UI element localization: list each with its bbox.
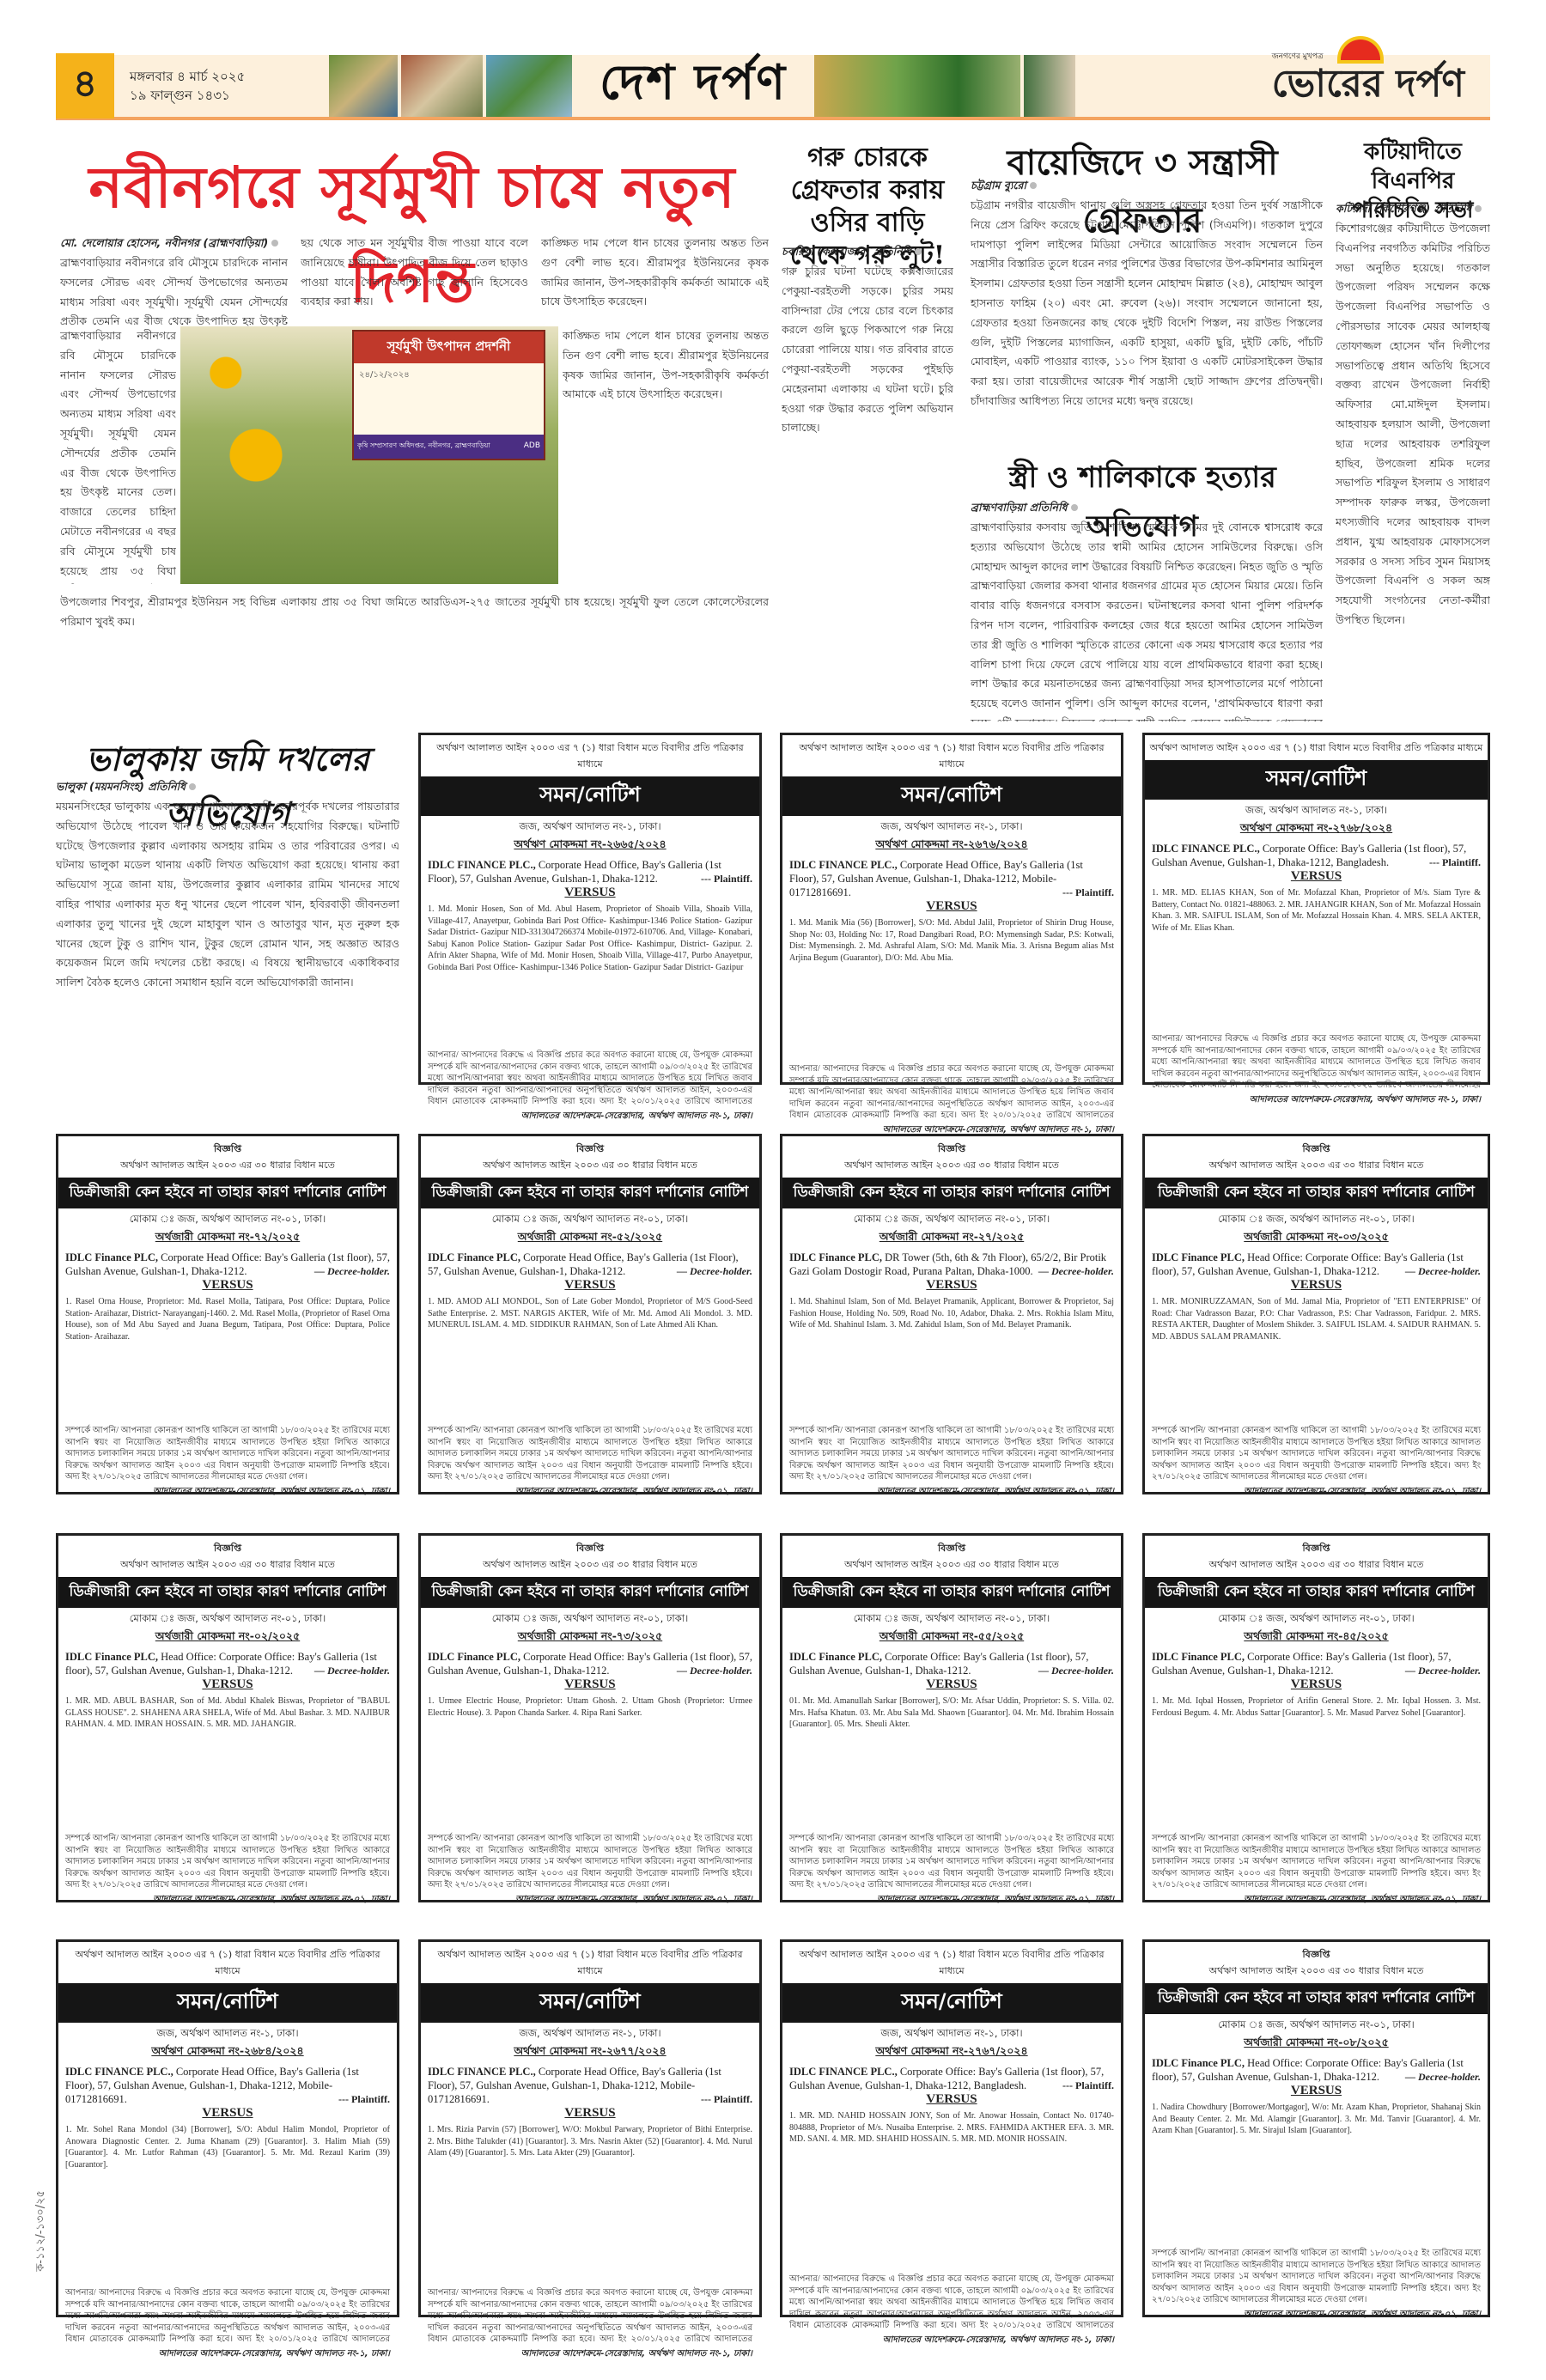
- lead-col3b: কাঙ্ক্ষিত দাম পেলে ধান চাষের তুলনায় অন্…: [563, 326, 769, 584]
- notice-pre-header: অর্থঋণ আদালত আইন ২০০৩ এর ৭ (১) ধারা বিধা…: [782, 735, 1121, 776]
- notice-defendants: 1. Md. Monir Hosen, Son of Md. Abul Hase…: [421, 900, 759, 1046]
- notice-body: আপনার/ আপনাদের বিরুদ্ধে এ বিজ্ঞপ্তি প্রচ…: [1145, 1030, 1488, 1090]
- notice-label: বিজ্ঞপ্তি: [782, 1536, 1121, 1557]
- notice-summons: অর্থঋণ আদালত আইন ২০০৩ এর ৭ (১) ধারা বিধা…: [780, 733, 1123, 1085]
- plaintiff-name: IDLC Finance PLC,: [65, 1251, 158, 1263]
- notice-sign-off: আদালতের আদেশক্রমে-সেরেস্তাদার, অর্থঋণ আদ…: [421, 2344, 759, 2367]
- banner-photo: [486, 55, 572, 117]
- notice-plaintiff: IDLC Finance PLC, DR Tower (5th, 6th & 7…: [782, 1251, 1121, 1278]
- bhaluka-body: ময়মনসিংহের ভালুকায় এক অসহায় পরিবারের …: [56, 797, 399, 1089]
- notice-case-number: অর্থজারী মোকদ্দমা নং-০৩/২০২৫: [1145, 1228, 1488, 1251]
- plaintiff-name: IDLC Finance PLC,: [1152, 1251, 1245, 1263]
- notice-body: সম্পর্কে আপনি/ আপনারা কোনরূপ আপত্তি থাকি…: [421, 1829, 759, 1890]
- murder-byline: ব্রাহ্মণবাড়িয়া প্রতিনিধি: [971, 501, 1068, 514]
- notice-pre-header: অর্থঋণ আদালত আইন ২০০৩ এর ৭ (১) ধারা বিধা…: [58, 1942, 397, 1983]
- notice-plaintiff: IDLC Finance PLC, Head Office: Corporate…: [1145, 2056, 1488, 2084]
- notice-versus: VERSUS: [782, 1278, 1121, 1293]
- notice-title: ডিক্রীজারী কেন হইবে না তাহার কারণ দর্শান…: [1145, 1983, 1488, 2014]
- notice-title: ডিক্রীজারী কেন হইবে না তাহার কারণ দর্শান…: [782, 1577, 1121, 1608]
- notice-case-number: অর্থঋণ মোকদ্দমা নং-২৬৭৭/২০২৪: [421, 2042, 759, 2065]
- notice-case-number: অর্থজারী মোকদ্দমা নং-৪৫/২০২৫: [1145, 1628, 1488, 1650]
- sun-icon: [1341, 40, 1380, 60]
- notice-defendants: 1. MR. MONIRUZZAMAN, Son of Md. Jamal Mi…: [1145, 1293, 1488, 1421]
- notice-defendants: 1. Urmee Electric House, Proprietor: Utt…: [421, 1692, 759, 1829]
- cow-body: গরু চুরির ঘটনা ঘটেছে কক্সবাজারের পেকুয়া…: [782, 262, 953, 721]
- masthead: ৪ মঙ্গলবার ৪ মার্চ ২০২৫ ১৯ ফাল্গুন ১৪৩১ …: [56, 55, 1490, 120]
- notice-versus: VERSUS: [58, 1278, 397, 1293]
- notice-versus: VERSUS: [421, 2106, 759, 2121]
- notice-court: মোকাম ঃ জজ, অর্থঋণ আদালত নং-০১, ঢাকা।: [1145, 1208, 1488, 1228]
- notice-plaintiff: IDLC Finance PLC, Head Office: Corporate…: [58, 1650, 397, 1677]
- notice-role: --- Plaintiff.: [338, 2092, 390, 2106]
- notice-body: সম্পর্কে আপনি/ আপনারা কোনরূপ আপত্তি থাকি…: [782, 1421, 1121, 1482]
- notice-plaintiff: IDLC FINANCE PLC., Corporate Office: Bay…: [1145, 842, 1488, 869]
- notice-versus: VERSUS: [421, 886, 759, 900]
- plaintiff-name: IDLC FINANCE PLC.,: [65, 2066, 173, 2078]
- notice-title: সমন/নোটিশ: [58, 1983, 397, 2023]
- notice-defendants: 1. Md. Manik Mia (56) [Borrower], S/O: M…: [782, 914, 1121, 1060]
- notice-body: আপনার/ আপনাদের বিরুদ্ধে এ বিজ্ঞপ্তি প্রচ…: [421, 2284, 759, 2344]
- notice-court: মোকাম ঃ জজ, অর্থঋণ আদালত নং-০১, ঢাকা।: [58, 1608, 397, 1628]
- notice-label: বিজ্ঞপ্তি: [1145, 1942, 1488, 1963]
- notice-case-number: অর্থঋণ মোকদ্দমা নং-২৬৬৫/২০২৪: [421, 836, 759, 858]
- plaintiff-name: IDLC Finance PLC,: [789, 1651, 882, 1663]
- notice-court: জজ, অর্থঋণ আদালত নং-১, ঢাকা।: [782, 2023, 1121, 2042]
- notice-court: মোকাম ঃ জজ, অর্থঋণ আদালত নং-০১, ঢাকা।: [421, 1208, 759, 1228]
- notice-case-number: অর্থজারী মোকদ্দমা নং-২৭/২০২৫: [782, 1228, 1121, 1251]
- notice-sign-off: আদালতের আদেশক্রমে-সেরেস্তাদার, অর্থঋণ আদ…: [58, 1482, 397, 1505]
- notice-role: --- Plaintiff.: [1429, 855, 1481, 869]
- notice-case-number: অর্থজারী মোকদ্দমা নং-৭২/২০২৫: [58, 1228, 397, 1251]
- notice-court: জজ, অর্থঋণ আদালত নং-১, ঢাকা।: [782, 816, 1121, 836]
- sign-title: সূর্যমুখী উৎপাদন প্রদর্শনী: [354, 332, 544, 363]
- notice-label: বিজ্ঞপ্তি: [1145, 1536, 1488, 1557]
- notice-title: ডিক্রীজারী কেন হইবে না তাহার কারণ দর্শান…: [421, 1577, 759, 1608]
- notice-role: — Decree-holder.: [1038, 1264, 1114, 1278]
- plaintiff-name: IDLC Finance PLC,: [65, 1651, 158, 1663]
- sign-footer: কৃষি সম্প্রসারণ অধিদপ্তর, নবীনগর, ব্রাহ্…: [354, 435, 544, 459]
- plaintiff-name: IDLC FINANCE PLC.,: [789, 2066, 898, 2078]
- notice-case-number: অর্থঋণ মোকদ্দমা নং-২৬৭৬/২০২৪: [782, 836, 1121, 858]
- plaintiff-name: IDLC Finance PLC,: [1152, 2057, 1245, 2069]
- notice-defendants: 1. Nadira Chowdhury [Borrower/Mortgagor]…: [1145, 2098, 1488, 2244]
- notice-court: জজ, অর্থঋণ আদালত নং-১, ঢাকা।: [1145, 800, 1488, 819]
- bullet-icon: [915, 248, 922, 255]
- notice-plaintiff: IDLC FINANCE PLC., Corporate Head Office…: [421, 858, 759, 886]
- notice-defendants: 1. Mr. Sohel Rana Mondol (34) [Borrower]…: [58, 2121, 397, 2284]
- bullet-icon: [1475, 205, 1482, 212]
- notice-court: মোকাম ঃ জজ, অর্থঋণ আদালত নং-০১, ঢাকা।: [421, 1608, 759, 1628]
- notice-body: সম্পর্কে আপনি/ আপনারা কোনরূপ আপত্তি থাকি…: [58, 1829, 397, 1890]
- notice-pre-header: অর্থঋণ আদালত আইন ২০০৩ এর ৩০ ধারার বিধান …: [782, 1557, 1121, 1577]
- notice-pre-header: অর্থঋণ আদালত আইন ২০০৩ এর ৩০ ধারার বিধান …: [58, 1557, 397, 1577]
- notice-body: সম্পর্কে আপনি/ আপনারা কোনরূপ আপত্তি থাকি…: [58, 1421, 397, 1482]
- bayezid-body: চট্টগ্রাম নগরীর বায়েজীদ থানায় গুলি অস্…: [971, 196, 1323, 453]
- notice-title: সমন/নোটিশ: [782, 776, 1121, 816]
- kotiadi-byline-wrap: কটিয়াদী (কিশোরগঞ্জ) প্রতিনিধি: [1336, 199, 1490, 219]
- notice-plaintiff: IDLC Finance PLC, Head Office: Corporate…: [1145, 1251, 1488, 1278]
- notice-pre-header: অর্থঋণ আদালত আইন ২০০৩ এর ৩০ ধারার বিধান …: [782, 1158, 1121, 1178]
- notice-summons: অর্থঋণ আলালত আইন ২০০৩ এর ৭ (১) ধারা বিধা…: [418, 733, 762, 1085]
- notice-pre-header: অর্থঋণ আদালত আইন ২০০৩ এর ৩০ ধারার বিধান …: [1145, 1158, 1488, 1178]
- notice-versus: VERSUS: [1145, 2084, 1488, 2098]
- kotiadi-byline: কটিয়াদী (কিশোরগঞ্জ) প্রতিনিধি: [1336, 202, 1471, 215]
- section-title: দেশ দর্পণ: [600, 46, 787, 126]
- notice-sign-off: আদালতের আদেশক্রমে-সেরেস্তাদার, অর্থঋণ আদ…: [1145, 2304, 1488, 2328]
- notice-defendants: 1. MR. MD. ELIAS KHAN, Son of Mr. Mofazz…: [1145, 884, 1488, 1030]
- notice-case-number: অর্থঋণ মোকদ্দমা নং-২৬৮৪/২০২৪: [58, 2042, 397, 2065]
- notice-decree: বিজ্ঞপ্তি অর্থঋণ আদালত আইন ২০০৩ এর ৩০ ধা…: [1142, 1134, 1490, 1494]
- notice-body: সম্পর্কে আপনি/ আপনারা কোনরূপ আপত্তি থাকি…: [1145, 2244, 1488, 2304]
- notice-versus: VERSUS: [782, 899, 1121, 914]
- notice-pre-header: অর্থঋণ আদালত আইন ২০০৩ এর ৩০ ধারার বিধান …: [1145, 1557, 1488, 1577]
- notice-label: বিজ্ঞপ্তি: [782, 1136, 1121, 1158]
- notice-plaintiff: IDLC FINANCE PLC., Corporate Head Office…: [782, 858, 1121, 899]
- murder-byline-wrap: ব্রাহ্মণবাড়িয়া প্রতিনিধি: [971, 498, 1323, 518]
- banner-photo: [1024, 55, 1075, 117]
- date-bengali: ১৯ ফাল্গুন ১৪৩১: [130, 86, 327, 105]
- bayezid-byline: চট্টগ্রাম ব্যুরো: [971, 179, 1026, 192]
- notice-role: — Decree-holder.: [1405, 1264, 1481, 1278]
- notice-title: ডিক্রীজারী কেন হইবে না তাহার কারণ দর্শান…: [58, 1577, 397, 1608]
- adb-badge: ADB: [520, 435, 544, 457]
- plaintiff-name: IDLC Finance PLC,: [428, 1251, 520, 1263]
- notice-sign-off: আদালতের আদেশক্রমে-সেরেস্তাদার, অর্থঋণ আদ…: [1145, 1090, 1488, 1113]
- notice-title: সমন/নোটিশ: [421, 1983, 759, 2023]
- issue-date: মঙ্গলবার ৪ মার্চ ২০২৫ ১৯ ফাল্গুন ১৪৩১: [130, 67, 327, 105]
- notice-pre-header: অর্থঋণ আদালত আইন ২০০৩ এর ৩০ ধারার বিধান …: [421, 1557, 759, 1577]
- notice-label: বিজ্ঞপ্তি: [58, 1536, 397, 1557]
- notice-role: --- Plaintiff.: [701, 2092, 752, 2106]
- bullet-icon: [189, 783, 196, 790]
- notice-court: মোকাম ঃ জজ, অর্থঋণ আদালত নং-০১, ঢাকা।: [1145, 1608, 1488, 1628]
- notice-role: — Decree-holder.: [1405, 1664, 1481, 1677]
- notice-defendants: 01. Mr. Md. Amanullah Sarkar [Borrower],…: [782, 1692, 1121, 1829]
- notice-court: জজ, অর্থঋণ আদালত নং-১, ঢাকা।: [58, 2023, 397, 2042]
- notice-sign-off: আদালতের আদেশক্রমে-সেরেস্তাদার, অর্থঋণ আদ…: [421, 1106, 759, 1129]
- notice-pre-header: অর্থঋণ আদালত আইন ২০০৩ এর ৭ (১) ধারা বিধা…: [1145, 735, 1488, 760]
- lead-col3: কাঙ্ক্ষিত দাম পেলে ধান চাষের তুলনায় অন্…: [541, 234, 769, 328]
- notice-body: আপনার/ আপনাদের বিরুদ্ধে এ বিজ্ঞপ্তি প্রচ…: [782, 2270, 1121, 2330]
- notice-court: মোকাম ঃ জজ, অর্থঋণ আদালত নং-০১, ঢাকা।: [782, 1208, 1121, 1228]
- notice-role: --- Plaintiff.: [1062, 2079, 1114, 2092]
- sign-date: ২৪/১২/২০২৪: [354, 363, 544, 388]
- notice-versus: VERSUS: [1145, 1677, 1488, 1692]
- bullet-icon: [1030, 182, 1037, 189]
- notice-versus: VERSUS: [1145, 869, 1488, 884]
- logo-name: ভোরের দর্পণ: [1272, 62, 1464, 106]
- notice-role: — Decree-holder.: [314, 1664, 390, 1677]
- notice-pre-header: অর্থঋণ আদালত আইন ২০০৩ এর ৩০ ধারার বিধান …: [1145, 1963, 1488, 1983]
- notice-case-number: অর্থজারী মোকদ্দমা নং-৫৫/২০২৫: [782, 1628, 1121, 1650]
- notice-label: বিজ্ঞপ্তি: [1145, 1136, 1488, 1158]
- plaintiff-name: IDLC FINANCE PLC.,: [428, 2066, 536, 2078]
- notice-defendants: 1. MR. MD. NAHID HOSSAIN JONY, Son of Mr…: [782, 2107, 1121, 2270]
- notice-title: সমন/নোটিশ: [782, 1983, 1121, 2023]
- notice-title: ডিক্রীজারী কেন হইবে না তাহার কারণ দর্শান…: [1145, 1178, 1488, 1208]
- notice-body: সম্পর্কে আপনি/ আপনারা কোনরূপ আপত্তি থাকি…: [1145, 1421, 1488, 1482]
- lead-col2: ছয় থেকে সাত মন সূর্যমুখীর বীজ পাওয়া যা…: [301, 234, 528, 328]
- notice-role: --- Plaintiff.: [1062, 886, 1114, 899]
- notice-defendants: 1. Md. Shahinul Islam, Son of Md. Belaye…: [782, 1293, 1121, 1421]
- plaintiff-name: IDLC Finance PLC,: [789, 1251, 882, 1263]
- banner-photo: [329, 55, 398, 117]
- notice-label: বিজ্ঞপ্তি: [58, 1136, 397, 1158]
- notice-sign-off: আদালতের আদেশক্রমে-সেরেস্তাদার, অর্থঋণ আদ…: [782, 1482, 1121, 1505]
- notice-pre-header: অর্থঋণ আদালত আইন ২০০৩ এর ৩০ ধারার বিধান …: [58, 1158, 397, 1178]
- bhaluka-byline: ভালুকা (ময়মনসিংহ) প্রতিনিধি: [56, 780, 186, 793]
- notice-case-number: অর্থজারী মোকদ্দমা নং-০৮/২০২৫: [1145, 2034, 1488, 2056]
- notice-versus: VERSUS: [782, 2092, 1121, 2107]
- notice-title: ডিক্রীজারী কেন হইবে না তাহার কারণ দর্শান…: [421, 1178, 759, 1208]
- notice-role: — Decree-holder.: [1038, 1664, 1114, 1677]
- notice-body: সম্পর্কে আপনি/ আপনারা কোনরূপ আপত্তি থাকি…: [1145, 1829, 1488, 1890]
- notice-role: — Decree-holder.: [1405, 2070, 1481, 2084]
- notice-defendants: 1. Mrs. Rizia Parvin (57) [Borrower], W/…: [421, 2121, 759, 2284]
- notice-sign-off: আদালতের আদেশক্রমে-সেরেস্তাদার, অর্থঋণ আদ…: [1145, 1890, 1488, 1913]
- notice-defendants: 1. MR. MD. ABUL BASHAR, Son of Md. Abdul…: [58, 1692, 397, 1829]
- exhibition-sign: সূর্যমুখী উৎপাদন প্রদর্শনী ২৪/১২/২০২৪ কৃ…: [352, 330, 545, 460]
- notice-label: বিজ্ঞপ্তি: [421, 1536, 759, 1557]
- lead-byline: মো. দেলোয়ার হোসেন, নবীনগর (ব্রাহ্মণবাড়…: [60, 236, 268, 249]
- cow-byline: চকরিয়া (কক্সবাজার) প্রতিনিধি: [782, 245, 911, 258]
- logo-tagline: জনগণের মুখপত্র: [1272, 50, 1324, 63]
- notice-title: ডিক্রীজারী কেন হইবে না তাহার কারণ দর্শান…: [782, 1178, 1121, 1208]
- sunflower-photo: সূর্যমুখী উৎপাদন প্রদর্শনী ২৪/১২/২০২৪ কৃ…: [180, 326, 558, 584]
- plaintiff-name: IDLC FINANCE PLC.,: [428, 859, 536, 871]
- notice-case-number: অর্থঋণ মোকদ্দমা নং-২৭৬৮/২০২৪: [1145, 819, 1488, 842]
- lead-col1: ব্রাহ্মণবাড়িয়ার নবীনগরে রবি মৌসুমে চার…: [60, 326, 176, 584]
- notice-sign-off: আদালতের আদেশক্রমে-সেরেস্তাদার, অর্থঋণ আদ…: [58, 1890, 397, 1913]
- notice-summons: অর্থঋণ আদালত আইন ২০০৩ এর ৭ (১) ধারা বিধা…: [418, 1939, 762, 2317]
- bullet-icon: [1071, 504, 1078, 511]
- notice-body: সম্পর্কে আপনি/ আপনারা কোনরূপ আপত্তি থাকি…: [421, 1421, 759, 1482]
- notice-case-number: অর্থজারী মোকদ্দমা নং-৫২/২০২৫: [421, 1228, 759, 1251]
- bullet-icon: [271, 240, 278, 247]
- lead-byline-col: মো. দেলোয়ার হোসেন, নবীনগর (ব্রাহ্মণবাড়…: [60, 234, 288, 253]
- notice-role: — Decree-holder.: [677, 1264, 752, 1278]
- notice-summons: অর্থঋণ আদালত আইন ২০০৩ এর ৭ (১) ধারা বিধা…: [780, 1939, 1123, 2317]
- ad-code: ক-১১২/-১৩০/২৫: [33, 2190, 51, 2272]
- notice-case-number: অর্থঋণ মোকদ্দমা নং-২৭৬৭/২০২৪: [782, 2042, 1121, 2065]
- notice-decree: বিজ্ঞপ্তি অর্থঋণ আদালত আইন ২০০৩ এর ৩০ ধা…: [418, 1533, 762, 1902]
- bhaluka-byline-wrap: ভালুকা (ময়মনসিংহ) প্রতিনিধি: [56, 777, 399, 797]
- notice-court: মোকাম ঃ জজ, অর্থঋণ আদালত নং-০১, ঢাকা।: [58, 1208, 397, 1228]
- notice-plaintiff: IDLC Finance PLC, Corporate Office: Bay'…: [782, 1650, 1121, 1677]
- notice-sign-off: আদালতের আদেশক্রমে-সেরেস্তাদার, অর্থঋণ আদ…: [782, 2330, 1121, 2353]
- notice-pre-header: অর্থঋণ আদালত আইন ২০০৩ এর ৭ (১) ধারা বিধা…: [421, 1942, 759, 1983]
- notice-court: জজ, অর্থঋণ আদালত নং-১, ঢাকা।: [421, 2023, 759, 2042]
- notice-case-number: অর্থজারী মোকদ্দমা নং-৭৩/২০২৫: [421, 1628, 759, 1650]
- notice-sign-off: আদালতের আদেশক্রমে-সেরেস্তাদার, অর্থঋণ আদ…: [58, 2344, 397, 2367]
- notice-versus: VERSUS: [421, 1677, 759, 1692]
- notice-versus: VERSUS: [782, 1677, 1121, 1692]
- notice-defendants: 1. Mr. Md. Iqbal Hossen, Proprietor of A…: [1145, 1692, 1488, 1829]
- plaintiff-name: IDLC Finance PLC,: [1152, 1651, 1245, 1663]
- notice-plaintiff: IDLC FINANCE PLC., Corporate Head Office…: [58, 2065, 397, 2106]
- notice-body: সম্পর্কে আপনি/ আপনারা কোনরূপ আপত্তি থাকি…: [782, 1829, 1121, 1890]
- notice-pre-header: অর্থঋণ আদালত আইন ২০০৩ এর ৩০ ধারার বিধান …: [421, 1158, 759, 1178]
- notice-court: জজ, অর্থঋণ আদালত নং-১, ঢাকা।: [421, 816, 759, 836]
- murder-body: ব্রাহ্মণবাড়িয়ার কসবায় জুতি ও শালিকা স…: [971, 518, 1323, 721]
- notice-decree: বিজ্ঞপ্তি অর্থঋণ আদালত আইন ২০০৩ এর ৩০ ধা…: [56, 1533, 399, 1902]
- plaintiff-name: IDLC Finance PLC,: [428, 1651, 520, 1663]
- notice-decree: বিজ্ঞপ্তি অর্থঋণ আদালত আইন ২০০৩ এর ৩০ ধা…: [1142, 1939, 1490, 2317]
- cow-byline-wrap: চকরিয়া (কক্সবাজার) প্রতিনিধি: [782, 242, 953, 262]
- notice-role: — Decree-holder.: [314, 1264, 390, 1278]
- notice-title: ডিক্রীজারী কেন হইবে না তাহার কারণ দর্শান…: [1145, 1577, 1488, 1608]
- notice-title: সমন/নোটিশ: [1145, 760, 1488, 800]
- notice-plaintiff: IDLC Finance PLC, Corporate Head Office,…: [421, 1251, 759, 1278]
- notice-body: আপনার/ আপনাদের বিরুদ্ধে এ বিজ্ঞপ্তি প্রচ…: [782, 1060, 1121, 1120]
- notice-case-number: অর্থজারী মোকদ্দমা নং-০২/২০২৫: [58, 1628, 397, 1650]
- notice-plaintiff: IDLC FINANCE PLC., Corporate Head Office…: [421, 2065, 759, 2106]
- date-gregorian: মঙ্গলবার ৪ মার্চ ২০২৫: [130, 67, 327, 86]
- notice-plaintiff: IDLC Finance PLC, Corporate Head Office:…: [58, 1251, 397, 1278]
- notice-body: আপনার/ আপনাদের বিরুদ্ধে এ বিজ্ঞপ্তি প্রচ…: [421, 1046, 759, 1106]
- notice-summons: অর্থঋণ আদালত আইন ২০০৩ এর ৭ (১) ধারা বিধা…: [1142, 733, 1490, 1085]
- kotiadi-body: কিশোরগঞ্জের কটিয়াদীতে উপজেলা বিএনপির নব…: [1336, 219, 1490, 721]
- notice-title: সমন/নোটিশ: [421, 776, 759, 816]
- notice-sign-off: আদালতের আদেশক্রমে-সেরেস্তাদার, অর্থঋণ আদ…: [421, 1890, 759, 1913]
- notice-defendants: 1. MD. AMOD ALI MONDOL, Son of Late Gobe…: [421, 1293, 759, 1421]
- lead-col1-top: ব্রাহ্মণবাড়িয়ার নবীনগরে রবি মৌসুমে চার…: [60, 253, 288, 326]
- notice-role: — Decree-holder.: [677, 1664, 752, 1677]
- newspaper-logo[interactable]: জনগণের মুখপত্র ভোরের দর্পণ: [1272, 55, 1464, 118]
- notice-decree: বিজ্ঞপ্তি অর্থঋণ আদালত আইন ২০০৩ এর ৩০ ধা…: [1142, 1533, 1490, 1902]
- notice-summons: অর্থঋণ আদালত আইন ২০০৩ এর ৭ (১) ধারা বিধা…: [56, 1939, 399, 2317]
- notice-decree: বিজ্ঞপ্তি অর্থঋণ আদালত আইন ২০০৩ এর ৩০ ধা…: [780, 1533, 1123, 1902]
- notice-decree: বিজ্ঞপ্তি অর্থঋণ আদালত আইন ২০০৩ এর ৩০ ধা…: [780, 1134, 1123, 1494]
- notice-plaintiff: IDLC Finance PLC, Corporate Office: Bay'…: [1145, 1650, 1488, 1677]
- notice-decree: বিজ্ঞপ্তি অর্থঋণ আদালত আইন ২০০৩ এর ৩০ ধা…: [418, 1134, 762, 1494]
- notice-versus: VERSUS: [421, 1278, 759, 1293]
- notice-pre-header: অর্থঋণ আলালত আইন ২০০৩ এর ৭ (১) ধারা বিধা…: [421, 735, 759, 776]
- plaintiff-name: IDLC FINANCE PLC.,: [1152, 843, 1260, 855]
- notice-decree: বিজ্ঞপ্তি অর্থঋণ আদালত আইন ২০০৩ এর ৩০ ধা…: [56, 1134, 399, 1494]
- lead-bottom: উপজেলার শিবপুর, শ্রীরামপুর ইউনিয়ন সহ বি…: [60, 593, 769, 721]
- notice-label: বিজ্ঞপ্তি: [421, 1136, 759, 1158]
- banner-photo: [814, 55, 1020, 117]
- notice-court: মোকাম ঃ জজ, অর্থঋণ আদালত নং-০১, ঢাকা।: [782, 1608, 1121, 1628]
- notice-sign-off: আদালতের আদেশক্রমে-সেরেস্তাদার, অর্থঋণ আদ…: [421, 1482, 759, 1505]
- banner-photo: [401, 55, 483, 117]
- notice-pre-header: অর্থঋণ আদালত আইন ২০০৩ এর ৭ (১) ধারা বিধা…: [782, 1942, 1121, 1983]
- bayezid-byline-wrap: চট্টগ্রাম ব্যুরো: [971, 176, 1323, 196]
- notice-role: --- Plaintiff.: [701, 872, 752, 886]
- notice-sign-off: আদালতের আদেশক্রমে-সেরেস্তাদার, অর্থঋণ আদ…: [782, 1890, 1121, 1913]
- page-number: ৪: [56, 53, 114, 119]
- notice-sign-off: আদালতের আদেশক্রমে-সেরেস্তাদার, অর্থঋণ আদ…: [1145, 1482, 1488, 1505]
- plaintiff-name: IDLC FINANCE PLC.,: [789, 859, 898, 871]
- notice-versus: VERSUS: [1145, 1278, 1488, 1293]
- notice-versus: VERSUS: [58, 1677, 397, 1692]
- notice-court: মোকাম ঃ জজ, অর্থঋণ আদালত নং-০১, ঢাকা।: [1145, 2014, 1488, 2034]
- notice-body: আপনার/ আপনাদের বিরুদ্ধে এ বিজ্ঞপ্তি প্রচ…: [58, 2284, 397, 2344]
- sign-org: কৃষি সম্প্রসারণ অধিদপ্তর, নবীনগর, ব্রাহ্…: [354, 437, 508, 455]
- notice-title: ডিক্রীজারী কেন হইবে না তাহার কারণ দর্শান…: [58, 1178, 397, 1208]
- notice-defendants: 1. Rasel Orna House, Proprietor: Md. Ras…: [58, 1293, 397, 1421]
- notice-versus: VERSUS: [58, 2106, 397, 2121]
- notice-plaintiff: IDLC Finance PLC, Corporate Head Office:…: [421, 1650, 759, 1677]
- notice-plaintiff: IDLC FINANCE PLC., Corporate Office: Bay…: [782, 2065, 1121, 2092]
